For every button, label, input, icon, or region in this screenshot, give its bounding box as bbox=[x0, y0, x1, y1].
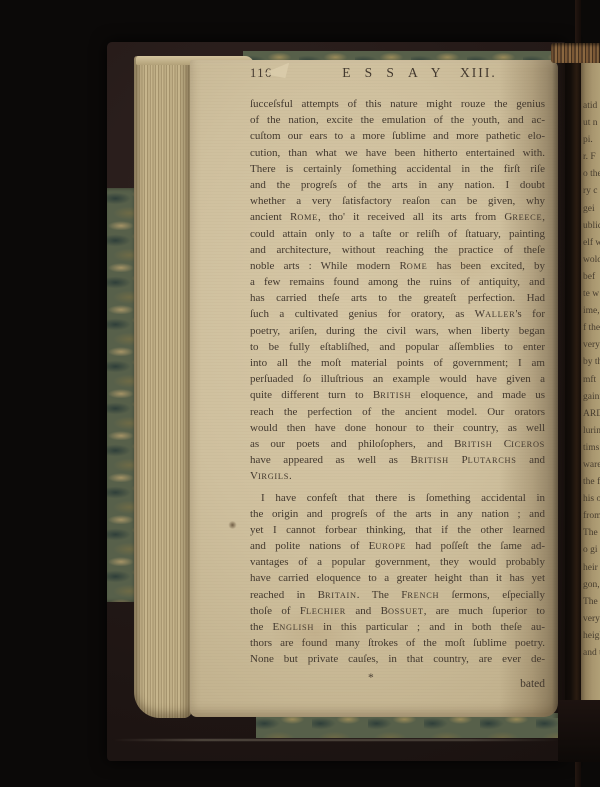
facing-page-text-fragment: f the bbox=[581, 320, 600, 337]
text-line: There is certainly ſomething accidental … bbox=[250, 161, 545, 177]
facing-page-text-fragment: ut n bbox=[581, 115, 600, 132]
facing-page-text-fragment: bef bbox=[581, 269, 600, 286]
small-caps-name: EUROPE bbox=[369, 540, 407, 552]
facing-page-text-fragment: heigh bbox=[581, 628, 600, 645]
running-title-word: ESSAY bbox=[342, 65, 454, 80]
facing-page-text-fragment: elf w bbox=[581, 235, 600, 252]
cover-edge-highlight bbox=[112, 739, 560, 741]
running-title-numeral: XIII. bbox=[460, 65, 497, 80]
small-caps-name: GREECE bbox=[504, 211, 542, 223]
headband bbox=[551, 43, 600, 63]
page-stack-fore-edge bbox=[134, 56, 192, 718]
facing-page-text-fragment: gon, bbox=[581, 577, 600, 594]
facing-page-text-fragment: ARD bbox=[581, 406, 600, 423]
facing-page-text-fragment: ry c bbox=[581, 183, 600, 200]
small-caps-name: BRITISH bbox=[454, 438, 492, 450]
text-line: a few remains found among the ruins of a… bbox=[250, 274, 545, 290]
page-content: 116 ESSAY XIII. ſucceſsful attempts of t… bbox=[190, 60, 558, 717]
facing-page-text-fragment: from bbox=[581, 508, 600, 525]
facing-page-text-fragment: ublic bbox=[581, 218, 600, 235]
facing-page-text-fragment: o the bbox=[581, 166, 600, 183]
facing-page-text-fragment: luring bbox=[581, 423, 600, 440]
text-line: vantages of a popular government, they w… bbox=[250, 554, 545, 570]
facing-page-text-fragment: atid bbox=[581, 98, 600, 115]
text-line: whether a very ſatisfactory reaſon can b… bbox=[250, 193, 545, 209]
text-line: reached in BRITAIN. The FRENCH ſermons, … bbox=[250, 587, 545, 603]
small-caps-name: BOSSUET bbox=[381, 605, 424, 617]
facing-page-text-fragment: o gi bbox=[581, 542, 600, 559]
small-caps-name: CICEROS bbox=[504, 438, 545, 450]
text-line: has carried theſe arts to the greateſt p… bbox=[250, 290, 545, 306]
text-line: ſucceſsful attempts of this nature might… bbox=[250, 96, 545, 112]
ink-spot-stain bbox=[228, 521, 237, 529]
facing-page-text-fragment: by th bbox=[581, 354, 600, 371]
text-line: noble arts : While modern ROME has been … bbox=[250, 258, 545, 274]
text-line: would then have done honour to their cou… bbox=[250, 420, 545, 436]
facing-cover-bottom bbox=[558, 700, 600, 762]
text-line: ſuch a cultivated genius for oratory, as… bbox=[250, 306, 545, 322]
signature-mark: * bbox=[368, 672, 374, 684]
paragraph: ſucceſsful attempts of this nature might… bbox=[250, 96, 545, 485]
gutter-shadow bbox=[552, 56, 582, 718]
text-line: of the nation, excite the emulation of t… bbox=[250, 112, 545, 128]
small-caps-name: WALLER bbox=[475, 308, 516, 320]
running-title: ESSAY XIII. bbox=[294, 65, 545, 81]
facing-page-text-fragment: the fp bbox=[581, 474, 600, 491]
facing-page-sliver: atidut npi.r. Fo thery cgeiublicelf wwol… bbox=[581, 62, 600, 708]
facing-page-text-fragment: ime, bbox=[581, 303, 600, 320]
facing-page-text-fragment: very bbox=[581, 337, 600, 354]
facing-page-text-fragment: te w bbox=[581, 286, 600, 303]
text-line: the origin and progreſs of the arts in a… bbox=[250, 506, 545, 522]
small-caps-name: BRITISH bbox=[373, 389, 411, 401]
facing-page-text-fragment: his o bbox=[581, 491, 600, 508]
facing-page-text-fragment: heir bbox=[581, 560, 600, 577]
running-header: 116 ESSAY XIII. bbox=[250, 65, 545, 83]
page-footer: * bated bbox=[250, 670, 545, 696]
text-line: poetry, ariſen, during the civil wars, w… bbox=[250, 323, 545, 339]
small-caps-name: BRITAIN bbox=[318, 589, 357, 601]
small-caps-name: FRENCH bbox=[401, 589, 439, 601]
book-page: 116 ESSAY XIII. ſucceſsful attempts of t… bbox=[190, 60, 558, 717]
text-line: have appeared as well as BRITISH PLUTARC… bbox=[250, 452, 545, 468]
facing-page-text-fragment: r. F bbox=[581, 149, 600, 166]
facing-page-text-fragment: very bbox=[581, 611, 600, 628]
facing-page-text-fragment: gainft bbox=[581, 389, 600, 406]
text-line: into all the moſt material points of gov… bbox=[250, 355, 545, 371]
facing-page-text-fragment: pi. bbox=[581, 132, 600, 149]
text-line: reach the perfection of the ancient mode… bbox=[250, 404, 545, 420]
text-line: cution, than what we have been hitherto … bbox=[250, 145, 545, 161]
text-line: yet I cannot forbear thinking, that if t… bbox=[250, 522, 545, 538]
text-line: and polite nations of EUROPE had poſſeſt… bbox=[250, 538, 545, 554]
small-caps-name: BRITISH bbox=[410, 454, 448, 466]
foxing-stain bbox=[270, 605, 360, 660]
facing-page-text-fragment: ware bbox=[581, 457, 600, 474]
foxing-stain bbox=[430, 240, 500, 286]
text-line: quite different turn to BRITISH eloquenc… bbox=[250, 387, 545, 403]
text-line: ancient ROME, tho' it received all its a… bbox=[250, 209, 545, 225]
small-caps-name: PLUTARCHS bbox=[461, 454, 516, 466]
text-line: and the progreſs of the arts in any nati… bbox=[250, 177, 545, 193]
catchword: bated bbox=[520, 678, 545, 690]
text-line: have carried eloquence to a greater heig… bbox=[250, 570, 545, 586]
facing-page-text-fragment: mft bbox=[581, 372, 600, 389]
text-line: as our poets and philoſophers, and BRITI… bbox=[250, 436, 545, 452]
facing-page-text-fragment: tims bbox=[581, 440, 600, 457]
text-line: perſuaded ſo illuſtrious an example woul… bbox=[250, 371, 545, 387]
facing-page-text-fragment: gei bbox=[581, 201, 600, 218]
small-caps-name: ROME bbox=[290, 211, 318, 223]
text-line: could attain only to a taſte or reliſh o… bbox=[250, 226, 545, 242]
text-line: and architecture, without reaching the p… bbox=[250, 242, 545, 258]
scan-background: { "document": { "type": "scanned-book-pa… bbox=[0, 0, 600, 787]
facing-page-text-fragment: and t bbox=[581, 645, 600, 662]
facing-page-text-fragment: The bbox=[581, 525, 600, 542]
facing-page-text-fragment: wold bbox=[581, 252, 600, 269]
text-line: VIRGILS. bbox=[250, 468, 545, 484]
text-line: cuſtom our ears to a more ſublime and mo… bbox=[250, 128, 545, 144]
text-line: I have confeſt that there is ſomething a… bbox=[250, 490, 545, 506]
small-caps-name: VIRGILS bbox=[250, 470, 289, 482]
facing-page-text-fragment: The bbox=[581, 594, 600, 611]
text-line: to be fully eſtabliſhed, and popular aſſ… bbox=[250, 339, 545, 355]
page-body: ſucceſsful attempts of this nature might… bbox=[250, 96, 545, 668]
small-caps-name: ROME bbox=[399, 260, 427, 272]
